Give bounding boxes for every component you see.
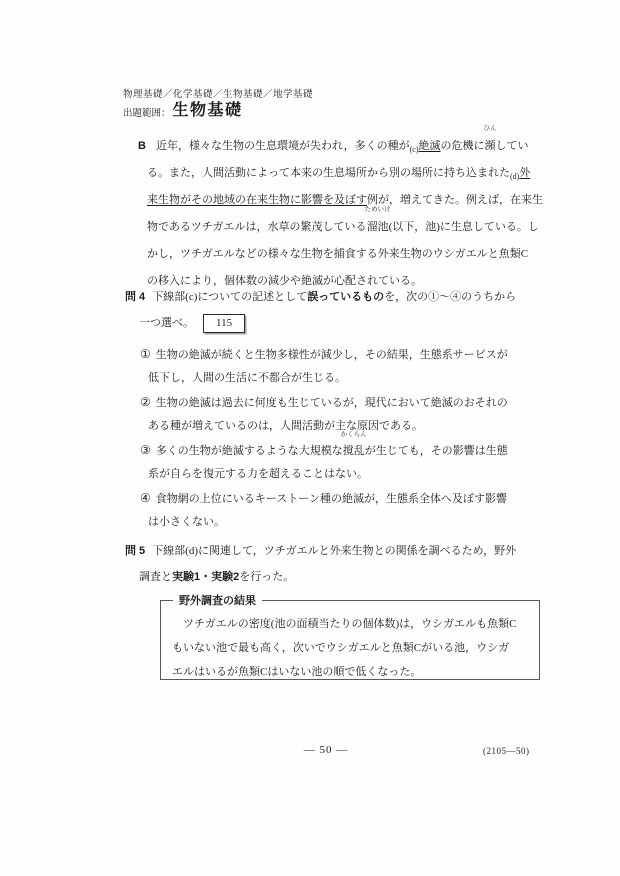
- survey-result-box: 野外調査の結果 ツチガエルの密度(池の面積当たりの個体数)は，ウシガエルも魚類C…: [160, 600, 540, 680]
- survey-result-line-2: もいない池で最も高く，次いでウシガエルと魚類Cがいる池，ウシガ: [172, 636, 529, 660]
- question-5-label: 問 5: [125, 545, 145, 557]
- furigana-tameike: 溜池ためいけ: [367, 214, 389, 241]
- passage-line-2: る。また，人間活動によって本来の生息場所から別の場所に持ち込まれた(d)外: [147, 160, 543, 187]
- choice-1-line-1: ①生物の絶滅が続くと生物多様性が減少し，その結果，生態系サービスが: [140, 342, 508, 366]
- ref-mark-d: (d): [510, 172, 519, 181]
- question-4-stem-line-1: 問 4下線部(c)についての記述として誤っているものを，次の①～④のうちから: [125, 284, 516, 310]
- choice-1-line-2: 低下し，人間の生活に不都合が生じる。: [148, 366, 508, 390]
- choice-2-line-1: ②生物の絶滅は過去に何度も生じているが，現代において絶滅のおそれの: [140, 390, 508, 414]
- choice-2-line-2: ある種が増えているのは，人間活動が主な原因である。: [148, 414, 508, 438]
- question-5: 問 5下線部(d)に関連して，ツチガエルと外来生物との関係を調べるため，野外 調…: [125, 538, 516, 590]
- survey-result-title: 野外調査の結果: [173, 593, 262, 609]
- page-header: 物理基礎／化学基礎／生物基礎／地学基礎 出題範囲： 生物基礎: [123, 86, 313, 119]
- passage-line-3: 来生物がその地域の在来生物に影響を及ぼす例が，増えてきた。例えば，在来生: [147, 187, 543, 214]
- exam-scope-label: 出題範囲：: [123, 105, 171, 119]
- exam-scope-title: 生物基礎: [173, 103, 243, 119]
- choice-4-line-2: は小さくない。: [148, 510, 508, 534]
- choice-3-number: ③: [140, 443, 151, 457]
- subject-list: 物理基礎／化学基礎／生物基礎／地学基礎: [123, 86, 313, 100]
- underline-d-text-start: 外: [519, 167, 530, 179]
- passage-b: B近年，様々な生物の生息環境が失われ，多くの種が(c)絶滅の危機に瀕ひんしてい …: [138, 133, 543, 295]
- survey-result-line-3: エルはいるが魚類Cはいない池の順で低くなった。: [172, 660, 529, 684]
- choice-1-number: ①: [140, 347, 151, 361]
- furigana-kakuran: 撹乱かくらん: [343, 439, 365, 463]
- answer-number-box: 115: [203, 314, 245, 333]
- exam-scope: 出題範囲： 生物基礎: [123, 103, 313, 119]
- furigana-hin: 瀕ひん: [485, 133, 496, 160]
- question-5-stem-line-2: 調査と実験1・実験2を行った。: [139, 564, 516, 590]
- exam-page: 物理基礎／化学基礎／生物基礎／地学基礎 出題範囲： 生物基礎 B近年，様々な生物…: [0, 0, 620, 876]
- ref-mark-c: (c): [410, 145, 419, 154]
- survey-result-body: ツチガエルの密度(池の面積当たりの個体数)は，ウシガエルも魚類C もいない池で最…: [161, 601, 539, 684]
- choice-4-number: ④: [140, 491, 151, 505]
- furigana-text: ためいけ: [365, 207, 391, 214]
- choice-2-number: ②: [140, 395, 151, 409]
- passage-line-1: B近年，様々な生物の生息環境が失われ，多くの種が(c)絶滅の危機に瀕ひんしてい: [138, 133, 543, 160]
- survey-result-line-1: ツチガエルの密度(池の面積当たりの個体数)は，ウシガエルも魚類C: [172, 612, 529, 636]
- emphasis-wrong-one: 誤っているもの: [307, 291, 384, 303]
- question-4-label: 問 4: [125, 291, 145, 303]
- question-4-choices: ①生物の絶滅が続くと生物多様性が減少し，その結果，生態系サービスが 低下し，人間…: [140, 342, 508, 534]
- question-5-stem-line-1: 問 5下線部(d)に関連して，ツチガエルと外来生物との関係を調べるため，野外: [125, 538, 516, 564]
- choice-3-line-2: 系が自らを復元する力を超えることはない。: [148, 462, 508, 486]
- choice-3-line-1: ③多くの生物が絶滅するような大規模な撹乱かくらんが生じても，その影響は生態: [140, 438, 508, 462]
- passage-line-4: 物であるツチガエルは，水草の繁茂している溜池ためいけ(以下，池)に生息している。…: [147, 214, 543, 241]
- passage-line-5: かし，ツチガエルなどの様々な生物を捕食する外来生物のウシガエルと魚類C: [147, 241, 543, 268]
- question-4: 問 4下線部(c)についての記述として誤っているものを，次の①～④のうちから 一…: [125, 284, 516, 336]
- question-4-stem-line-2: 一つ選べ。115: [139, 310, 516, 336]
- paragraph-label-b: B: [138, 140, 146, 152]
- footer-print-code: (2105—50): [483, 746, 530, 756]
- underline-c-text: 絶滅: [419, 140, 441, 152]
- furigana-text: かくらん: [341, 432, 367, 439]
- choice-4-line-1: ④食物網の上位にいるキーストーン種の絶滅が，生態系全体へ及ぼす影響: [140, 486, 508, 510]
- emphasis-experiments: 実験1・実験2: [172, 571, 239, 583]
- underline-d-text-end: 来生物がその地域の在来生物に影響を及ぼす: [147, 194, 367, 206]
- furigana-text: ひん: [484, 126, 497, 133]
